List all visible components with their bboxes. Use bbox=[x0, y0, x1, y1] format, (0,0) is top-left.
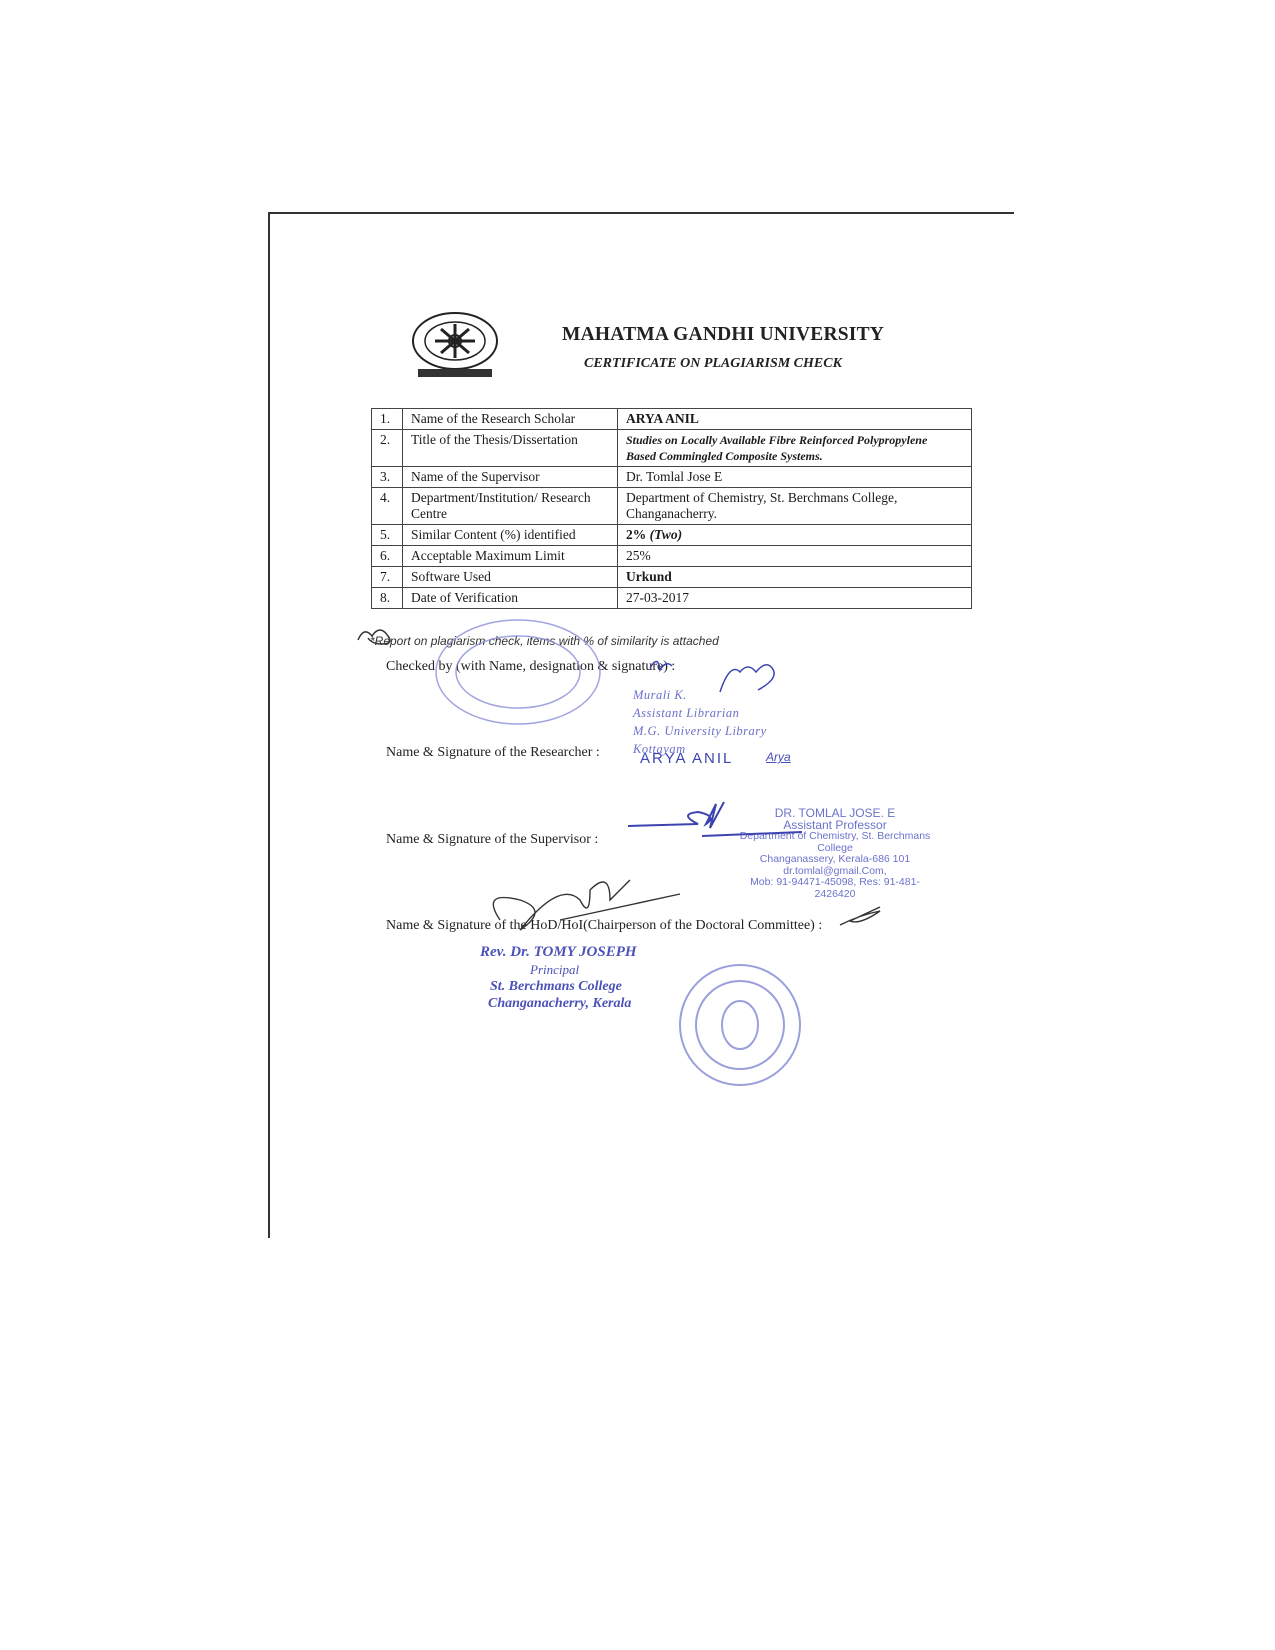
hod-label: Name & Signature of the HoD/HoI(Chairper… bbox=[386, 918, 822, 934]
stamp-line: Department of Chemistry, St. Berchmans C… bbox=[730, 831, 940, 854]
similarity-percent: 2% bbox=[626, 527, 646, 542]
stamp-line: Rev. Dr. TOMY JOSEPH bbox=[480, 944, 637, 961]
researcher-signature: Arya bbox=[766, 750, 791, 764]
certificate-title: CERTIFICATE ON PLAGIARISM CHECK bbox=[584, 356, 842, 372]
table-row: 1. Name of the Research Scholar ARYA ANI… bbox=[372, 409, 972, 430]
verification-date: 27-03-2017 bbox=[618, 588, 972, 609]
supervisor-name: Dr. Tomlal Jose E bbox=[618, 467, 972, 488]
row-number: 1. bbox=[372, 409, 403, 430]
similarity-words: (Two) bbox=[650, 527, 683, 542]
university-title: MAHATMA GANDHI UNIVERSITY bbox=[562, 324, 884, 346]
table-row: 3. Name of the Supervisor Dr. Tomlal Jos… bbox=[372, 467, 972, 488]
department: Department of Chemistry, St. Berchmans C… bbox=[618, 488, 972, 525]
row-number: 5. bbox=[372, 525, 403, 546]
stamp-line: Changanassery, Kerala-686 101 bbox=[730, 854, 940, 866]
department-line: Department of Chemistry, St. Berchmans C… bbox=[626, 490, 897, 505]
university-emblem-icon bbox=[410, 312, 500, 378]
checked-by-label: Checked by (with Name, designation & sig… bbox=[386, 659, 675, 675]
stamp-line: Principal bbox=[480, 961, 637, 978]
similarity-value: 2% (Two) bbox=[618, 525, 972, 546]
supervisor-stamp: DR. TOMLAL JOSE. E Assistant Professor D… bbox=[730, 808, 940, 900]
scholar-name: ARYA ANIL bbox=[618, 409, 972, 430]
row-number: 8. bbox=[372, 588, 403, 609]
thesis-title-line: Studies on Locally Available Fibre Reinf… bbox=[626, 433, 927, 447]
row-label: Name of the Supervisor bbox=[403, 467, 618, 488]
thesis-title-line: Based Commingled Composite Systems. bbox=[626, 449, 823, 463]
table-row: 4. Department/Institution/ ResearchCentr… bbox=[372, 488, 972, 525]
librarian-stamp: Murali K. Assistant Librarian M.G. Unive… bbox=[633, 686, 767, 758]
table-row: 2. Title of the Thesis/Dissertation Stud… bbox=[372, 430, 972, 467]
stamp-line: Mob: 91-94471-45098, Res: 91-481-2426420 bbox=[730, 877, 940, 900]
row-label: Date of Verification bbox=[403, 588, 618, 609]
software-used: Urkund bbox=[618, 567, 972, 588]
details-table: 1. Name of the Research Scholar ARYA ANI… bbox=[371, 408, 972, 609]
table-row: 7. Software Used Urkund bbox=[372, 567, 972, 588]
researcher-handwritten-name: ARYA ANIL bbox=[640, 750, 733, 767]
stamp-line: Murali K. bbox=[633, 686, 767, 704]
row-label-line: Centre bbox=[411, 506, 447, 521]
supervisor-label: Name & Signature of the Supervisor : bbox=[386, 832, 598, 848]
principal-stamp: Rev. Dr. TOMY JOSEPH Principal St. Berch… bbox=[480, 944, 637, 1012]
department-line: Changanacherry. bbox=[626, 506, 717, 521]
row-number: 6. bbox=[372, 546, 403, 567]
table-row: 6. Acceptable Maximum Limit 25% bbox=[372, 546, 972, 567]
row-label: Acceptable Maximum Limit bbox=[403, 546, 618, 567]
row-label: Similar Content (%) identified bbox=[403, 525, 618, 546]
report-note: *Report on plagiarism check, items with … bbox=[370, 634, 719, 648]
thesis-title: Studies on Locally Available Fibre Reinf… bbox=[618, 430, 972, 467]
row-number: 7. bbox=[372, 567, 403, 588]
row-label: Department/Institution/ ResearchCentre bbox=[403, 488, 618, 525]
row-number: 4. bbox=[372, 488, 403, 525]
table-row: 5. Similar Content (%) identified 2% (Tw… bbox=[372, 525, 972, 546]
max-limit: 25% bbox=[618, 546, 972, 567]
row-label-line: Department/Institution/ Research bbox=[411, 490, 591, 505]
stamp-line: St. Berchmans College bbox=[480, 978, 637, 995]
row-label: Title of the Thesis/Dissertation bbox=[403, 430, 618, 467]
researcher-label: Name & Signature of the Researcher : bbox=[386, 745, 600, 761]
stamp-line: M.G. University Library bbox=[633, 722, 767, 740]
row-label: Software Used bbox=[403, 567, 618, 588]
row-label: Name of the Research Scholar bbox=[403, 409, 618, 430]
row-number: 3. bbox=[372, 467, 403, 488]
stamp-line: Assistant Librarian bbox=[633, 704, 767, 722]
stamp-line: Changanacherry, Kerala bbox=[480, 995, 637, 1012]
table-row: 8. Date of Verification 27-03-2017 bbox=[372, 588, 972, 609]
row-number: 2. bbox=[372, 430, 403, 467]
